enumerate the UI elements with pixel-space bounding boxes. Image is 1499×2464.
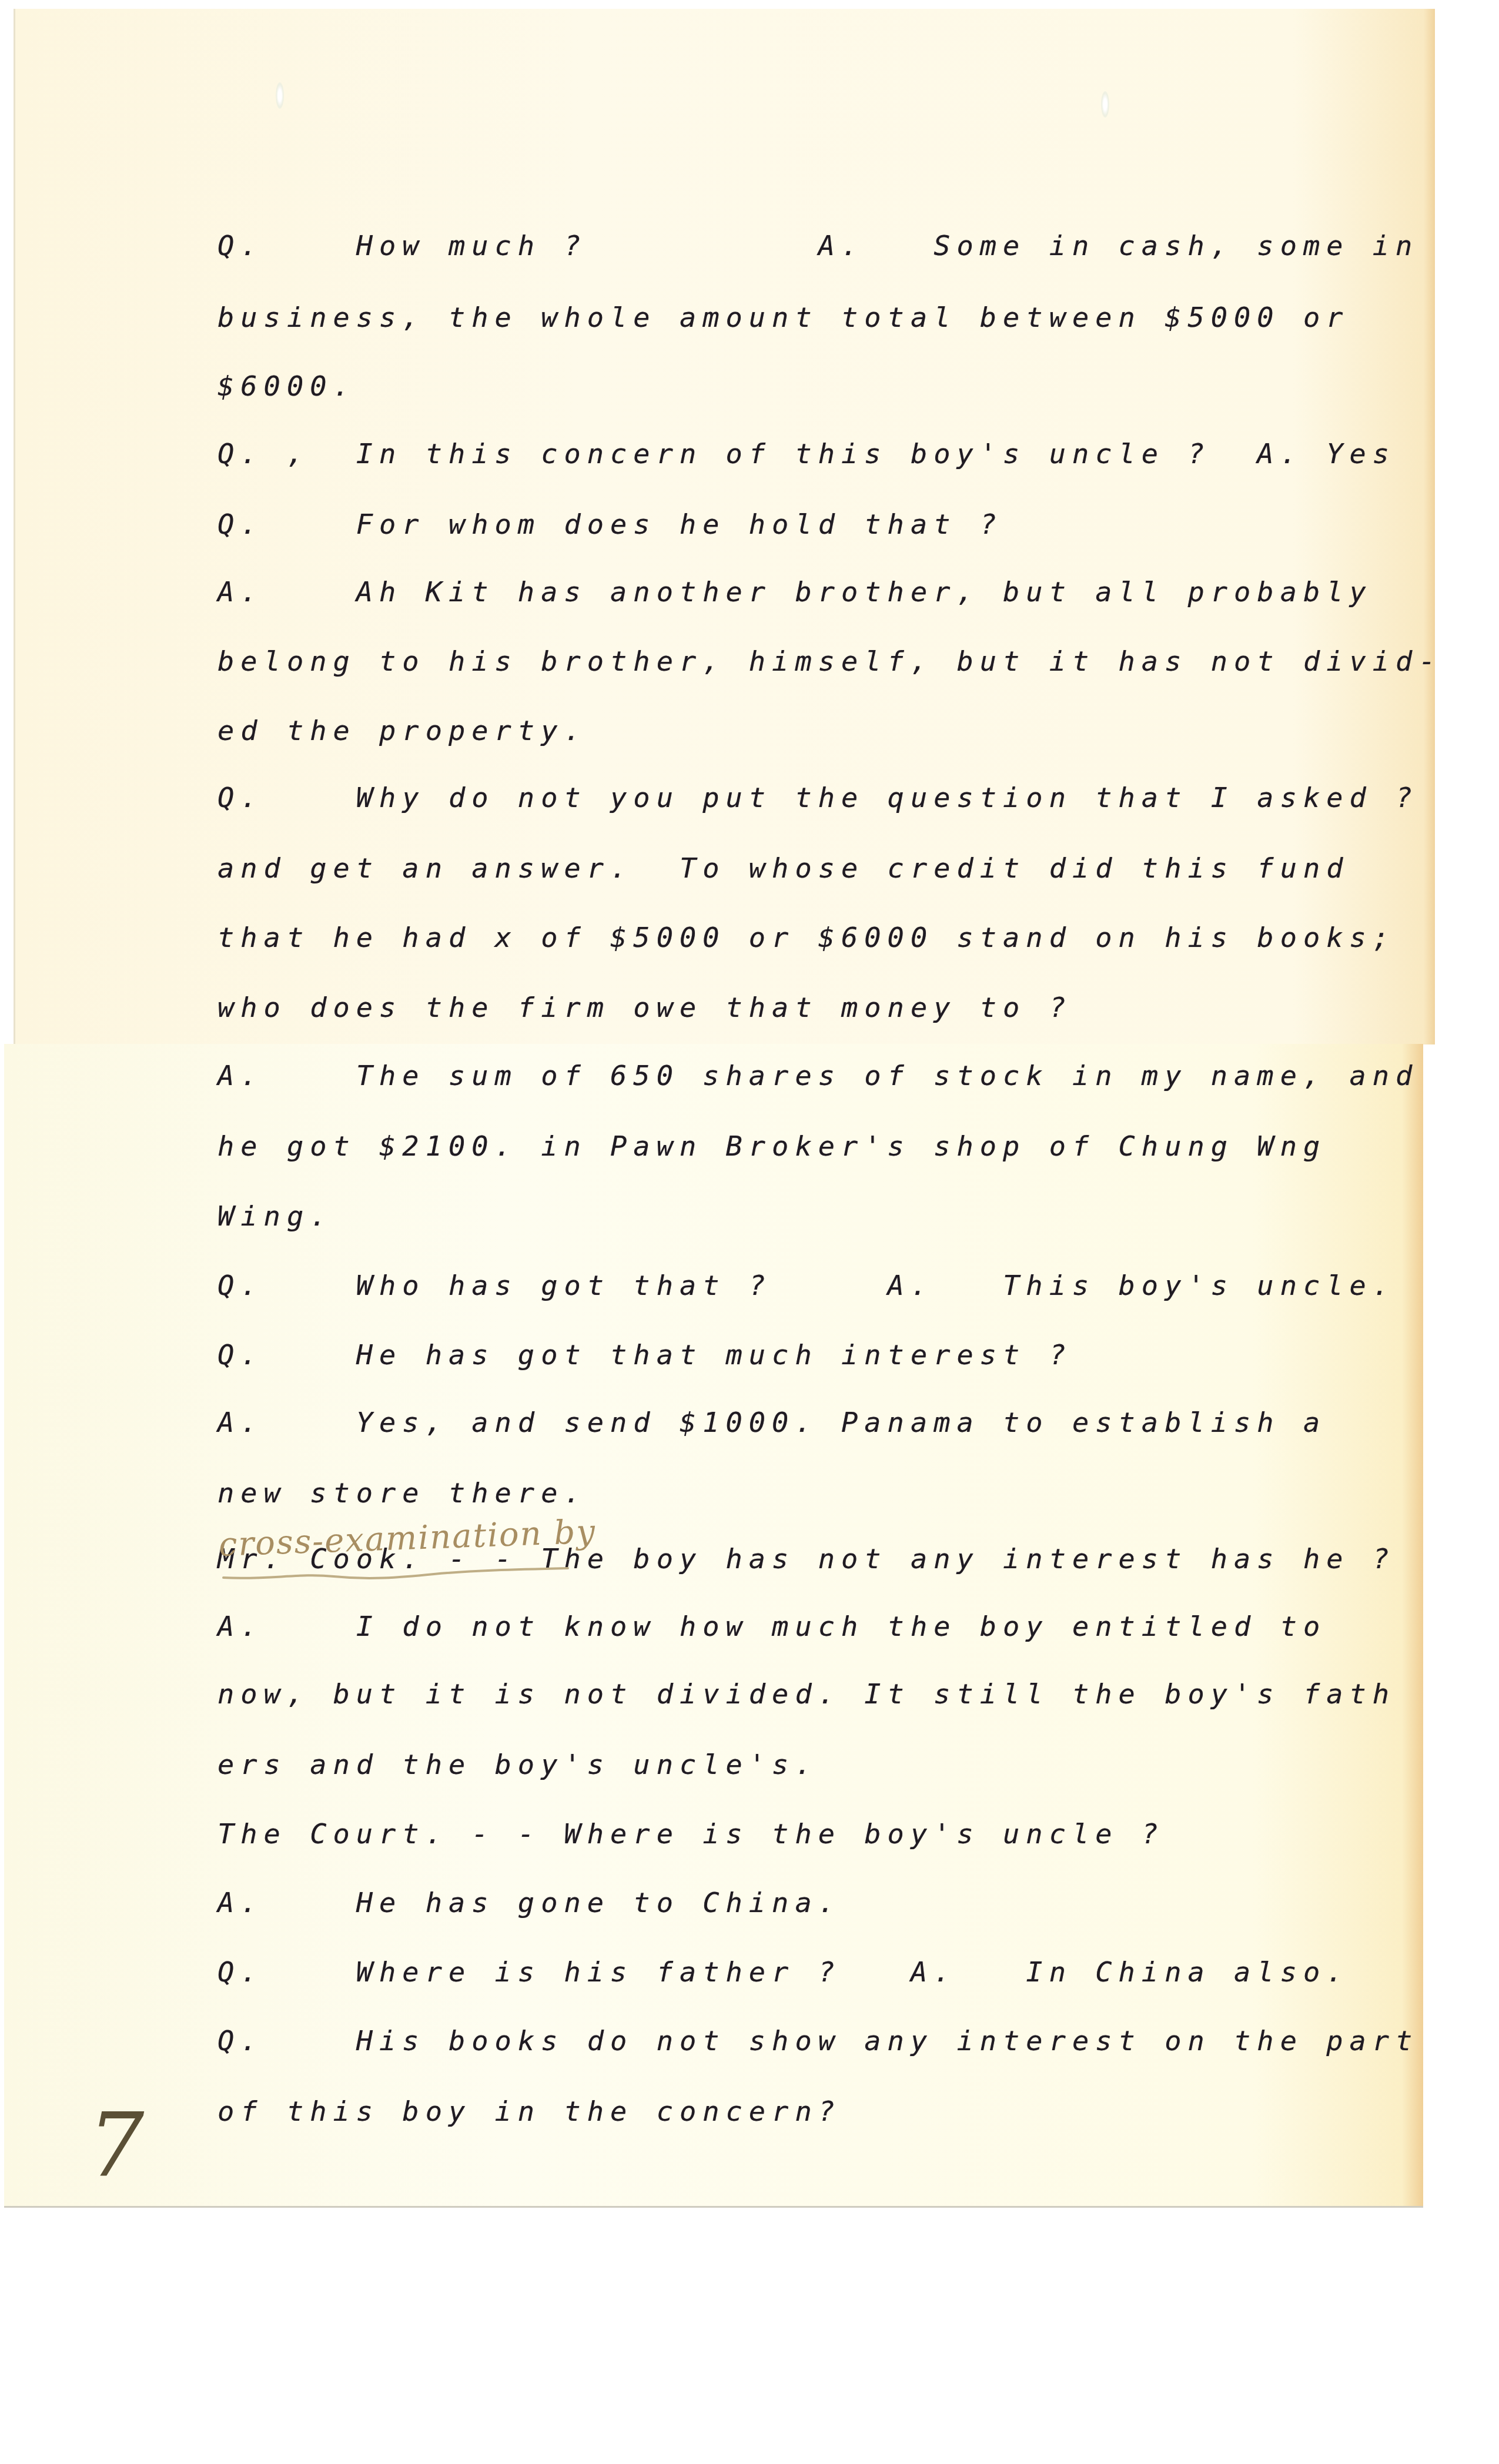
transcript-line: A. Ah Kit has another brother, but all p… [218, 578, 1373, 606]
handwritten-page-number: 7 [88, 2101, 144, 2190]
transcript-line: A. I do not know how much the boy entitl… [218, 1613, 1326, 1641]
transcript-line: of this boy in the concern? [218, 2098, 841, 2125]
transcript-line: who does the firm owe that money to ? [218, 994, 1072, 1022]
punch-hole-mark-right [1101, 91, 1109, 118]
transcript-line: new store there. [218, 1479, 587, 1507]
transcript-line: $6000. [218, 373, 356, 400]
transcript-line: and get an answer. To whose credit did t… [218, 855, 1350, 882]
annotation-underline [222, 1565, 569, 1582]
transcript-line: Q. How much ? A. Some in cash, some in [218, 232, 1418, 260]
transcript-line: A. He has gone to China. [218, 1889, 841, 1917]
transcript-line: he got $2100. in Pawn Broker's shop of C… [218, 1133, 1326, 1160]
transcript-line: Q. Why do not you put the question that … [218, 784, 1418, 812]
transcript-line: Q. He has got that much interest ? [218, 1341, 1072, 1369]
transcript-line: Q. Where is his father ? A. In China als… [218, 1959, 1350, 1986]
transcript-line: Q. Who has got that ? A. This boy's uncl… [218, 1272, 1396, 1300]
transcript-line: A. Yes, and send $1000. Panama to establ… [218, 1409, 1326, 1437]
transcript-line: Q. His books do not show any interest on… [218, 2027, 1418, 2055]
transcript-line: now, but it is not divided. It still the… [218, 1680, 1396, 1708]
punch-hole-mark-left [276, 82, 284, 109]
transcript-line: business, the whole amount total between… [218, 304, 1350, 332]
transcript-line: Q. For whom does he hold that ? [218, 511, 1003, 538]
transcript-line: ers and the boy's uncle's. [218, 1751, 818, 1779]
transcript-line: Wing. [218, 1203, 333, 1230]
transcript-line: that he had x of $5000 or $6000 stand on… [218, 924, 1396, 952]
transcript-line: Q. , In this concern of this boy's uncle… [218, 440, 1396, 468]
transcript-line: The Court. - - Where is the boy's uncle … [218, 1820, 1165, 1848]
transcript-line: A. The sum of 650 shares of stock in my … [218, 1062, 1418, 1090]
transcript-line: ed the property. [218, 717, 587, 745]
transcript-line: belong to his brother, himself, but it h… [218, 648, 1442, 675]
